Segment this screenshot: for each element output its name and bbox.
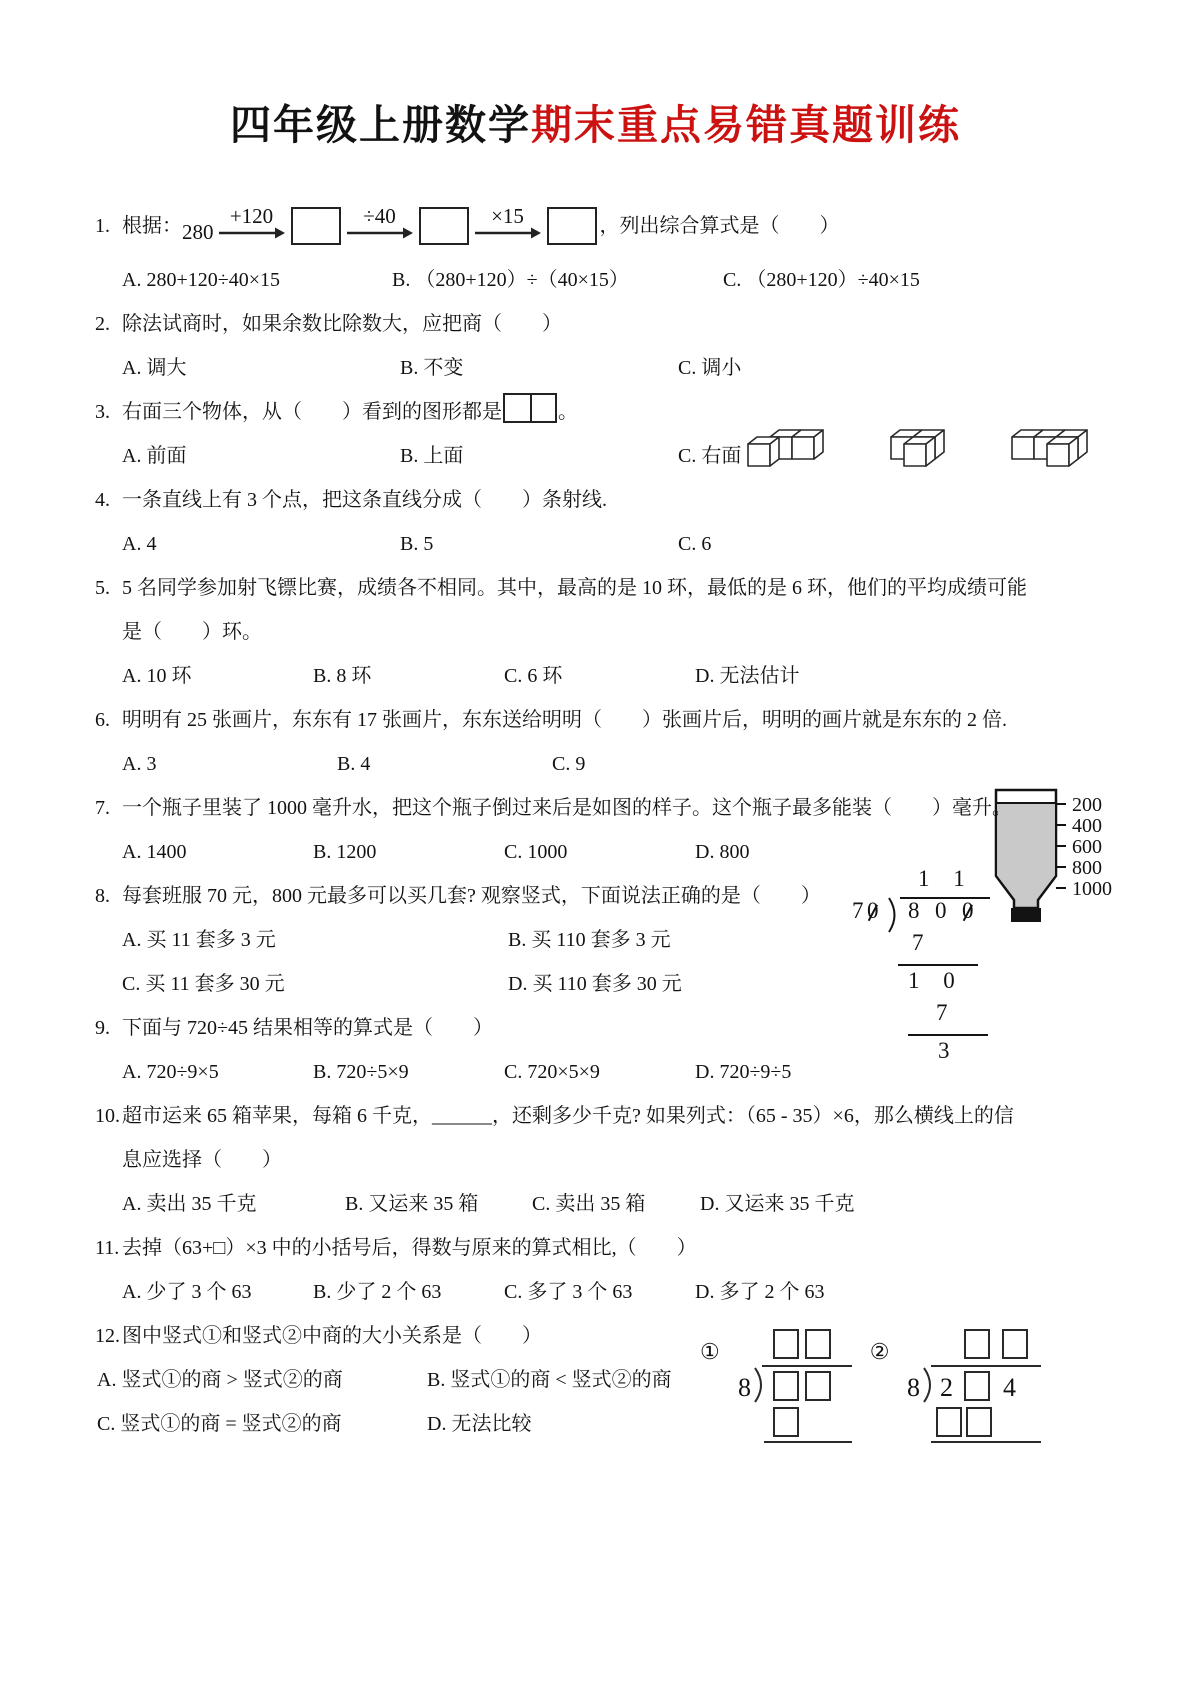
question-text: 一个瓶子里装了 1000 毫升水，把这个瓶子倒过来后是如图的样子。这个瓶子最多能… [122,786,1099,830]
option: C. 6 环 [504,654,695,698]
option: A. 10 环 [122,654,313,698]
option: A. 4 [122,522,400,566]
questions-list: 1. 根据： 280 +120 ÷40 ×15 ，列出综合算式是 [95,194,1099,1446]
option: A. 前面 [122,434,400,478]
option: A. 1400 [122,830,313,874]
option: C. 调小 [678,346,956,390]
division-dividend-digit: 8 [908,898,920,924]
question-text: 超市运来 65 箱苹果，每箱 6 千克，______，还剩多少千克? 如果列式：… [122,1094,1099,1138]
arrow-right-icon [347,227,413,239]
question-text-pre: 右面三个物体，从（ ）看到的图形都是 [122,401,502,423]
diagram-1-divisor: 8 [738,1373,751,1402]
division-step: 7 [936,1000,948,1026]
title-red-part: 期末重点易错真题训练 [531,102,961,148]
option: B. 上面 [400,434,678,478]
question-1-options: A. 280+120÷40×15 B. （280+120）÷（40×15） C.… [95,258,1099,302]
option: A. 卖出 35 千克 [122,1182,345,1226]
diagram-2-dividend-digit: 4 [1003,1373,1016,1402]
question-text: 一条直线上有 3 个点，把这条直线分成（ ）条射线. [122,478,1099,522]
question-6-options: A. 3 B. 4 C. 9 [95,742,1099,786]
question-4-options: A. 4 B. 5 C. 6 [95,522,1099,566]
flow-arrow-2: ÷40 [347,205,413,239]
vertical-form-diagrams: ① 8 ② 8 2 4 [700,1328,1045,1448]
option: C. 卖出 35 箱 [532,1182,700,1226]
flow-op-1: +120 [230,205,273,227]
question-number: 9. [95,1006,122,1050]
question-number: 10. [95,1094,122,1138]
option: A. 竖式①的商 > 竖式②的商 [97,1358,427,1402]
vertical-form-1: 8 [734,1328,856,1448]
division-remainder: 3 [938,1038,950,1064]
option: D. 买 110 套多 30 元 [508,962,894,1006]
vertical-form-2: 8 2 4 [903,1328,1045,1448]
question-1: 1. 根据： 280 +120 ÷40 ×15 ，列出综合算式是 [95,194,1099,302]
option: B. 4 [337,742,552,786]
diagram-2-dividend-digit: 2 [940,1373,953,1402]
flow-arrow-3: ×15 [475,205,541,239]
option: A. 720÷9×5 [122,1050,313,1094]
option: C. 720×5×9 [504,1050,695,1094]
option: B. 1200 [313,830,504,874]
option: C. （280+120）÷40×15 [723,258,920,302]
scale-label: 800 [1072,857,1102,879]
diagram-2-label: ② [870,1340,890,1364]
option: A. 调大 [122,346,400,390]
option: D. 多了 2 个 63 [695,1270,886,1314]
option: B. 少了 2 个 63 [313,1270,504,1314]
question-text: ，列出综合算式是（ ） [600,204,840,248]
flow-op-2: ÷40 [363,205,396,227]
option: D. 无法估计 [695,654,886,698]
option: C. 多了 3 个 63 [504,1270,695,1314]
question-number: 7. [95,786,122,830]
cube-figures [740,424,1104,482]
question-4: 4. 一条直线上有 3 个点，把这条直线分成（ ）条射线. A. 4 B. 5 … [95,478,1099,566]
question-text: 是（ ）环。 [95,610,1099,654]
cube-figure-1 [740,424,840,482]
division-divisor-digit: 7 [852,898,864,924]
question-2-options: A. 调大 B. 不变 C. 调小 [95,346,1099,390]
option: C. 竖式①的商 = 竖式②的商 [97,1402,427,1446]
cube-figure-3 [1004,424,1104,482]
question-number: 2. [95,302,122,346]
answer-box [547,207,597,245]
option: B. （280+120）÷（40×15） [392,258,723,302]
question-text: 5 名同学参加射飞镖比赛，成绩各不相同。其中，最高的是 10 环，最低的是 6 … [122,566,1099,610]
question-6: 6. 明明有 25 张画片，东东有 17 张画片，东东送给明明（ ）张画片后，明… [95,698,1099,786]
arrow-right-icon [219,227,285,239]
question-number: 5. [95,566,122,610]
question-number: 1. [95,204,122,248]
page-title: 四年级上册数学期末重点易错真题训练 [0,92,1191,151]
division-dividend-struck-zero: 0 [962,898,974,924]
question-7: 7. 一个瓶子里装了 1000 毫升水，把这个瓶子倒过来后是如图的样子。这个瓶子… [95,786,1099,874]
two-cell-grid-figure [503,393,557,423]
arrow-right-icon [475,227,541,239]
division-divisor-struck-zero: 0 [867,898,879,924]
question-text: 明明有 25 张画片，东东有 17 张画片，东东送给明明（ ）张画片后，明明的画… [122,698,1099,742]
question-text: 去掉（63+□）×3 中的小括号后，得数与原来的算式相比,（ ） [122,1226,1099,1270]
scale-label: 600 [1072,836,1102,858]
division-line [908,1034,988,1036]
division-bracket [886,897,902,933]
question-text: 息应选择（ ） [95,1138,1099,1182]
option: B. 不变 [400,346,678,390]
question-11: 11. 去掉（63+□）×3 中的小括号后，得数与原来的算式相比,（ ） A. … [95,1226,1099,1314]
question-number: 11. [95,1226,122,1270]
question-text-post: 。 [558,401,578,423]
division-step: 7 [912,930,924,956]
diagram-1-label: ① [700,1340,720,1364]
question-number: 8. [95,874,122,918]
flow-start-value: 280 [182,210,214,254]
option: D. 又运来 35 千克 [700,1182,854,1226]
question-number: 3. [95,390,122,434]
diagram-2-divisor: 8 [907,1373,920,1402]
question-1-stem: 1. 根据： 280 +120 ÷40 ×15 ，列出综合算式是 [95,194,1099,258]
question-11-options: A. 少了 3 个 63 B. 少了 2 个 63 C. 多了 3 个 63 D… [95,1270,1099,1314]
cube-figure-2 [872,424,972,482]
option: B. 买 110 套多 3 元 [508,918,894,962]
question-number: 12. [95,1314,122,1358]
option: B. 720÷5×9 [313,1050,504,1094]
scale-label: 400 [1072,815,1102,837]
option: A. 280+120÷40×15 [122,258,392,302]
division-dividend-digit: 0 [935,898,947,924]
question-2: 2. 除法试商时，如果余数比除数大，应把商（ ） A. 调大 B. 不变 C. … [95,302,1099,390]
scale-label: 1000 [1072,878,1112,900]
question-text: 根据： [122,204,182,248]
division-step: 1 0 [908,968,964,994]
title-black-part: 四年级上册数学 [230,102,531,148]
flow-op-3: ×15 [491,205,524,227]
question-10-options: A. 卖出 35 千克 B. 又运来 35 箱 C. 卖出 35 箱 D. 又运… [95,1182,1099,1226]
question-number: 4. [95,478,122,522]
option: A. 买 11 套多 3 元 [122,918,508,962]
question-5-options: A. 10 环 B. 8 环 C. 6 环 D. 无法估计 [95,654,1099,698]
option: C. 1000 [504,830,695,874]
option: B. 5 [400,522,678,566]
option: C. 6 [678,522,956,566]
option: B. 又运来 35 箱 [345,1182,532,1226]
answer-box [419,207,469,245]
question-5: 5. 5 名同学参加射飞镖比赛，成绩各不相同。其中，最高的是 10 环，最低的是… [95,566,1099,698]
division-quotient: 1 1 [918,866,974,892]
question-number: 6. [95,698,122,742]
option: B. 8 环 [313,654,504,698]
division-line [898,964,978,966]
option: C. 9 [552,742,767,786]
question-text: 除法试商时，如果余数比除数大，应把商（ ） [122,302,1099,346]
scale-label: 200 [1072,794,1102,816]
option: A. 少了 3 个 63 [122,1270,313,1314]
option: C. 买 11 套多 30 元 [122,962,508,1006]
option: A. 3 [122,742,337,786]
answer-box [291,207,341,245]
long-division-figure: 1 1 7 0 8 0 0 7 1 0 7 3 [852,866,1022,1076]
question-10: 10. 超市运来 65 箱苹果，每箱 6 千克，______，还剩多少千克? 如… [95,1094,1099,1226]
flow-arrow-1: +120 [219,205,285,239]
worksheet-page: 四年级上册数学期末重点易错真题训练 1. 根据： 280 +120 ÷40 [0,0,1191,1684]
